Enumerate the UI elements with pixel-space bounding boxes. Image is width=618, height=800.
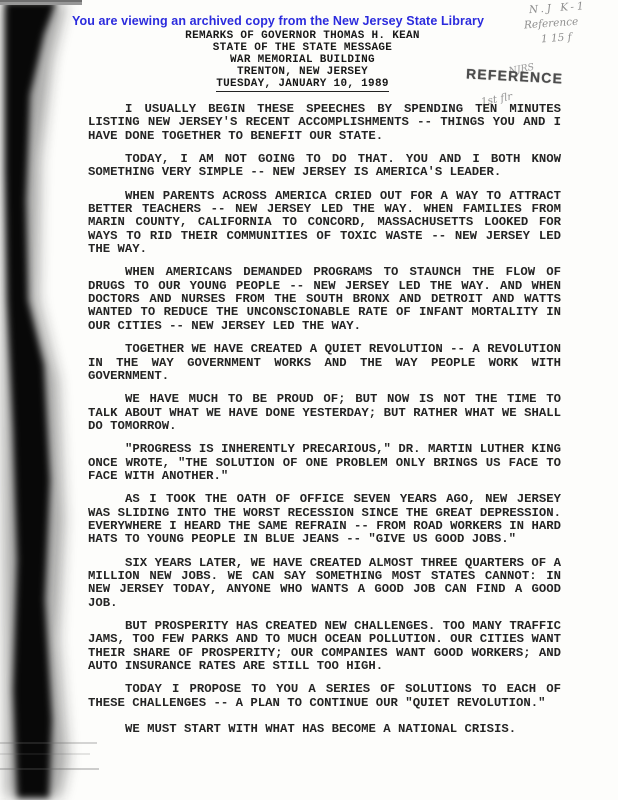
speech-paragraph: WE MUST START WITH WHAT HAS BECOME A NAT… xyxy=(88,723,561,736)
header-line-message: STATE OF THE STATE MESSAGE xyxy=(30,42,575,54)
speech-paragraph: BUT PROSPERITY HAS CREATED NEW CHALLENGE… xyxy=(88,620,561,673)
speech-paragraph: "PROGRESS IS INHERENTLY PRECARIOUS," DR.… xyxy=(88,443,561,483)
speech-paragraph: TODAY, I AM NOT GOING TO DO THAT. YOU AN… xyxy=(88,153,561,180)
handwritten-corner-note: N.J K-1 Reference 1 15 f xyxy=(501,0,618,50)
header-date: TUESDAY, JANUARY 10, 1989 xyxy=(216,78,389,92)
archive-banner-text: You are viewing an archived copy from th… xyxy=(0,14,556,28)
speech-paragraph: I USUALLY BEGIN THESE SPEECHES BY SPENDI… xyxy=(88,103,561,143)
speech-paragraph: AS I TOOK THE OATH OF OFFICE SEVEN YEARS… xyxy=(88,493,561,546)
speech-paragraph: WHEN AMERICANS DEMANDED PROGRAMS TO STAU… xyxy=(88,266,561,333)
header-line-remarks: REMARKS OF GOVERNOR THOMAS H. KEAN xyxy=(30,30,575,42)
scanned-document-page: You are viewing an archived copy from th… xyxy=(0,0,618,800)
reference-stamp-block: NJRS REFERENCE 1st flr xyxy=(466,58,601,97)
speech-paragraph: WHEN PARENTS ACROSS AMERICA CRIED OUT FO… xyxy=(88,190,561,257)
speech-paragraph: TODAY I PROPOSE TO YOU A SERIES OF SOLUT… xyxy=(88,683,561,710)
speech-paragraph: SIX YEARS LATER, WE HAVE CREATED ALMOST … xyxy=(88,557,561,610)
speech-body: I USUALLY BEGIN THESE SPEECHES BY SPENDI… xyxy=(88,103,561,746)
speech-paragraph: TOGETHER WE HAVE CREATED A QUIET REVOLUT… xyxy=(88,343,561,383)
speech-paragraph: WE HAVE MUCH TO BE PROUD OF; BUT NOW IS … xyxy=(88,393,561,433)
